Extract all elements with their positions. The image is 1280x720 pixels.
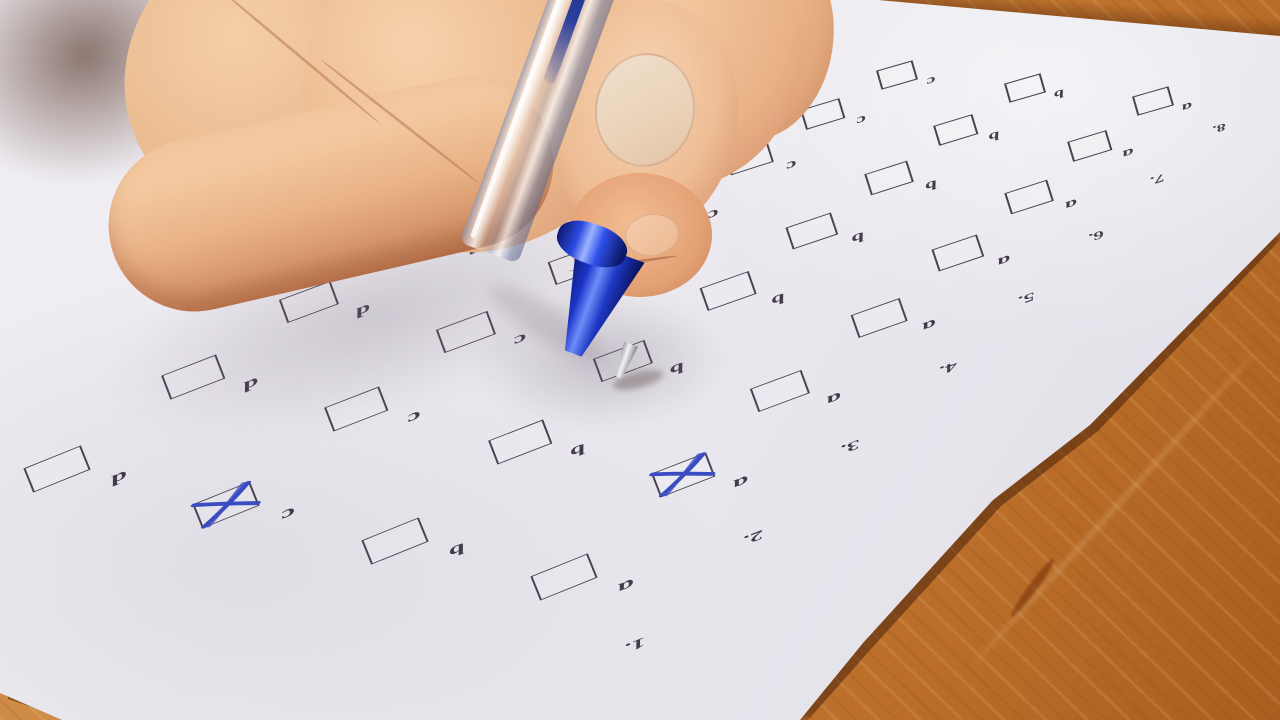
option-label-q5-a: a	[996, 253, 1013, 269]
option-label-q4-a: a	[920, 317, 938, 334]
option-label-q6-a: a	[1063, 196, 1078, 211]
option-label-q8-b: b	[1052, 87, 1065, 100]
checkbox-q1-b[interactable]	[361, 517, 428, 564]
option-label-q1-c: c	[278, 505, 297, 524]
checkbox-q2-b[interactable]	[488, 420, 552, 465]
checkbox-q6-a[interactable]	[1004, 180, 1053, 215]
option-label-q6-c: c	[784, 158, 798, 173]
checkbox-q4-a[interactable]	[851, 298, 908, 338]
checkbox-q3-a[interactable]	[750, 370, 810, 412]
checkbox-q8-a[interactable]	[1132, 86, 1174, 115]
checkbox-q8-b[interactable]	[1004, 73, 1046, 102]
option-label-q7-c: c	[854, 113, 867, 127]
option-label-q8-c: c	[925, 74, 937, 87]
x-mark-ink	[645, 448, 721, 501]
option-label-q2-a: a	[731, 474, 751, 493]
x-mark-ink	[186, 477, 267, 534]
question-number: 7.	[1148, 172, 1166, 186]
option-label-q8-a: a	[1180, 100, 1193, 113]
question-number: 2.	[741, 527, 765, 546]
checkbox-q6-b[interactable]	[864, 160, 913, 195]
checkbox-q2-a[interactable]	[651, 452, 715, 497]
option-label-q3-a: a	[825, 390, 844, 408]
question-number: 8.	[1211, 121, 1227, 134]
option-label-q2-c: c	[405, 409, 423, 427]
question-number: 5.	[1016, 290, 1036, 306]
photo-canvas: 1.abcd2.abcd3.abcd4.abcd5.abcd6.abcd7.ab…	[0, 0, 1280, 720]
checkbox-q1-d[interactable]	[23, 445, 90, 492]
checkbox-q1-c[interactable]	[192, 481, 259, 528]
checkbox-q4-b[interactable]	[699, 272, 756, 312]
option-label-q2-b: b	[568, 441, 588, 460]
question-number: 3.	[838, 438, 861, 456]
option-label-q1-d: d	[108, 468, 129, 488]
option-label-q4-b: b	[769, 291, 787, 308]
option-label-q5-b: b	[850, 230, 867, 246]
option-label-q7-b: b	[987, 129, 1001, 143]
checkbox-q5-b[interactable]	[786, 212, 839, 249]
question-number: 1.	[622, 635, 648, 655]
checkbox-q1-a[interactable]	[530, 553, 597, 600]
option-label-q1-b: b	[446, 540, 467, 560]
checkbox-q5-a[interactable]	[931, 235, 984, 272]
checkbox-q8-c[interactable]	[876, 60, 918, 89]
question-number: 4.	[937, 359, 959, 376]
option-label-q7-a: a	[1121, 145, 1135, 159]
option-label-q6-b: b	[923, 177, 938, 192]
option-label-q1-a: a	[615, 576, 636, 596]
question-number: 6.	[1086, 228, 1105, 243]
checkbox-q7-a[interactable]	[1067, 130, 1113, 162]
checkbox-q7-b[interactable]	[934, 114, 980, 146]
